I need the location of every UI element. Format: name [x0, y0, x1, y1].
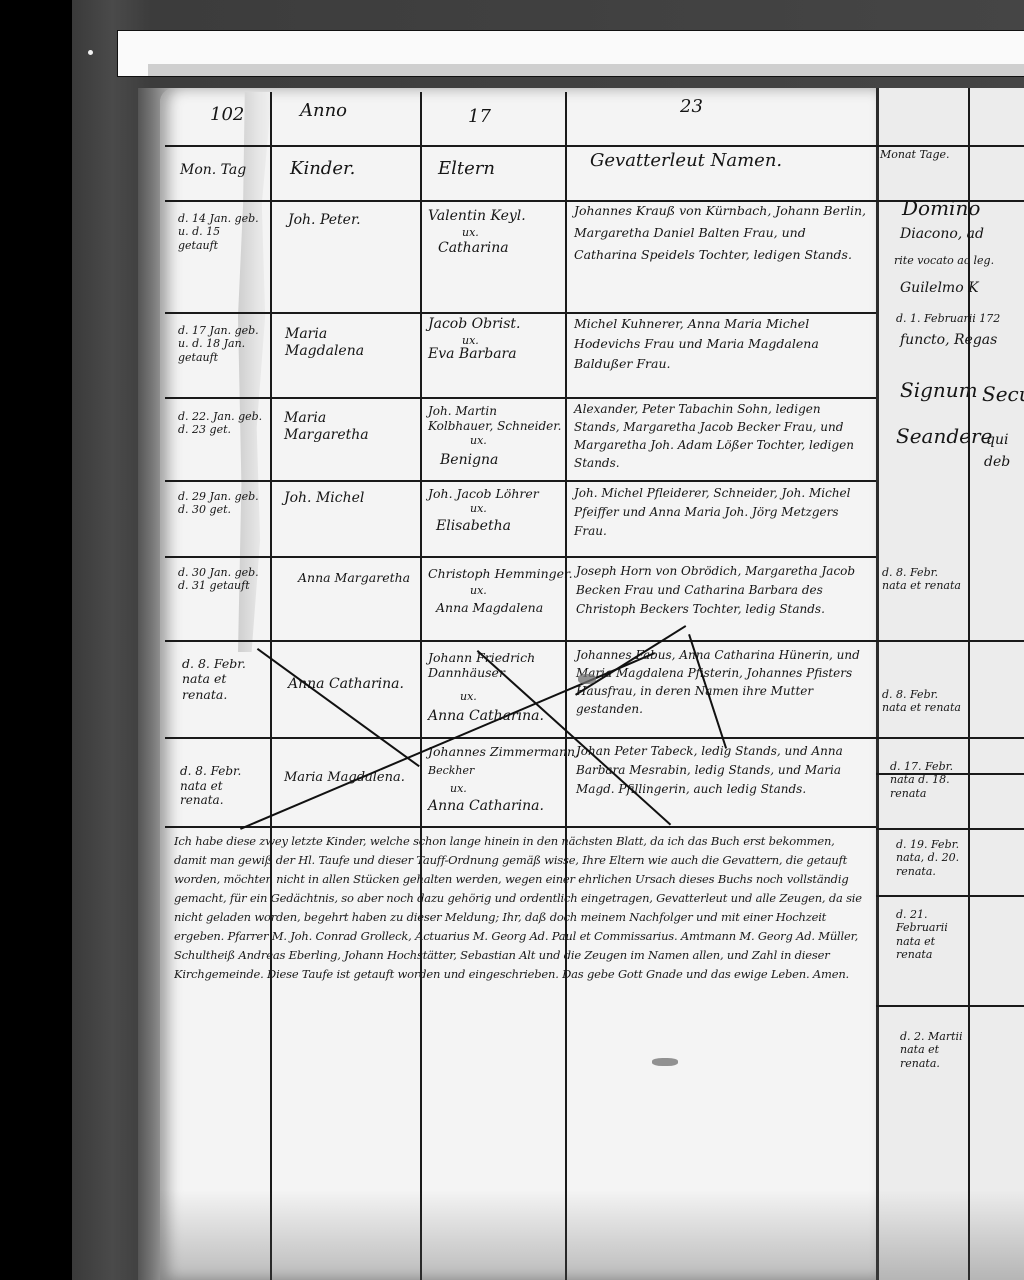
- entry-date: d. 17 Jan. geb. u. d. 18 Jan. getauft: [178, 324, 263, 364]
- entry-mother: Eva Barbara: [428, 346, 517, 363]
- page-number: 102: [210, 104, 244, 126]
- entry-child: Maria Margaretha: [284, 410, 409, 444]
- entry-child: Maria Magdalena: [285, 326, 410, 360]
- entry-child: Joh. Peter.: [288, 212, 361, 229]
- latin-line: functo, Regas: [900, 332, 997, 349]
- entry-child: Joh. Michel: [284, 490, 364, 507]
- entry-occupation: Beckher: [428, 764, 474, 777]
- entry-godparents: Michel Kuhnerer, Anna Maria Michel Hodev…: [574, 314, 866, 374]
- latin-line: Domino: [902, 196, 980, 220]
- entry-godparents: Johannes Krauß von Kürnbach, Johann Berl…: [574, 200, 866, 266]
- column-header-children: Kinder.: [290, 158, 355, 180]
- entry-father: Jacob Obrist.: [428, 316, 521, 333]
- remark-text-block: Ich habe diese zwey letzte Kinder, welch…: [174, 832, 868, 1252]
- latin-line: rite vocato ac leg.: [894, 254, 994, 267]
- entry-mother: Catharina: [438, 240, 509, 257]
- birth-note: d. 19. Febr. nata, d. 20. renata.: [896, 838, 968, 878]
- row-rule: [165, 826, 876, 828]
- entry-ux: ux.: [470, 584, 487, 597]
- entry-father: Christoph Hemminger.: [428, 566, 573, 581]
- column-header-date: Mon. Tag: [180, 162, 246, 179]
- birth-note: d. 17. Febr. nata d. 18. renata: [890, 760, 970, 800]
- anno-label: Anno: [300, 100, 347, 122]
- entry-mother: Elisabetha: [436, 518, 511, 535]
- entry-godparents: Alexander, Peter Tabachin Sohn, ledigen …: [574, 400, 866, 472]
- row-rule: [876, 1005, 1024, 1007]
- latin-line: Signum: [900, 378, 978, 402]
- entry-ux: ux.: [470, 502, 487, 515]
- entry-date: d. 22. Jan. geb. d. 23 get.: [178, 410, 263, 437]
- entry-godparents: Joseph Horn von Obrödich, Margaretha Jac…: [576, 562, 868, 619]
- scan-speck: [88, 50, 93, 55]
- row-rule: [165, 397, 876, 399]
- entry-mother: Benigna: [440, 452, 498, 469]
- birth-note: d. 8. Febr. nata et renata: [882, 566, 962, 593]
- entry-mother: Anna Catharina.: [428, 798, 544, 815]
- entry-godparents: Johannes Fabus, Anna Catharina Hünerin, …: [576, 646, 868, 718]
- birth-note: d. 2. Martii nata et renata.: [900, 1030, 968, 1070]
- entry-ux: ux.: [470, 434, 487, 447]
- year-part-1: 17: [468, 106, 491, 128]
- entry-father: Valentin Keyl.: [428, 208, 526, 225]
- ink-blot: [578, 674, 596, 684]
- entry-mother: Anna Magdalena: [436, 600, 543, 615]
- entry-father: Joh. Jacob Löhrer: [428, 486, 539, 501]
- column-header-parents: Eltern: [438, 158, 495, 180]
- entry-ux: ux.: [450, 782, 467, 795]
- column-header-godparents: Gevatterleut Namen.: [590, 150, 782, 172]
- row-rule: [165, 640, 1024, 642]
- entry-date: d. 14 Jan. geb. u. d. 15 getauft: [178, 212, 263, 252]
- entry-date: d. 30 Jan. geb. d. 31 getauft: [178, 566, 263, 593]
- entry-child: Anna Margaretha: [298, 570, 410, 585]
- latin-line: Diacono, ad: [900, 226, 984, 243]
- entry-father: Johannes Zimmermann,: [428, 744, 579, 759]
- latin-line: Seandere: [896, 424, 992, 448]
- birth-note: d. 21. Februarii nata et renata: [896, 908, 968, 962]
- row-rule: [165, 556, 876, 558]
- entry-ux: ux.: [460, 690, 477, 703]
- latin-line: qui: [986, 432, 1008, 449]
- latin-line: Secu: [982, 382, 1024, 406]
- entry-father: Joh. Martin Kolbhauer, Schneider.: [428, 404, 563, 433]
- row-rule: [876, 828, 1024, 830]
- right-column-header: Monat Tage.: [880, 148, 950, 161]
- entry-date: d. 8. Febr. nata et renata.: [182, 656, 262, 702]
- archive-label-strip: [117, 30, 1024, 77]
- entry-date: d. 29 Jan. geb. d. 30 get.: [178, 490, 263, 517]
- row-rule: [165, 737, 1024, 739]
- latin-line: deb: [984, 454, 1010, 471]
- row-rule: [165, 145, 1024, 147]
- latin-line: d. 1. Februarii 172: [896, 312, 1000, 325]
- entry-date: d. 8. Febr. nata et renata.: [180, 764, 265, 808]
- row-rule: [165, 480, 876, 482]
- row-rule: [876, 895, 1024, 897]
- latin-line: Guilelmo K: [900, 280, 979, 297]
- scan-shadow: [160, 1190, 1024, 1280]
- entry-godparents: Johan Peter Tabeck, ledig Stands, und An…: [576, 742, 868, 799]
- entry-godparents: Joh. Michel Pfleiderer, Schneider, Joh. …: [574, 484, 866, 541]
- entry-ux: ux.: [462, 226, 479, 239]
- year-part-2: 23: [680, 96, 703, 118]
- entry-father: Johann Friedrich Dannhäuser: [428, 650, 568, 681]
- birth-note: d. 8. Febr. nata et renata: [882, 688, 966, 715]
